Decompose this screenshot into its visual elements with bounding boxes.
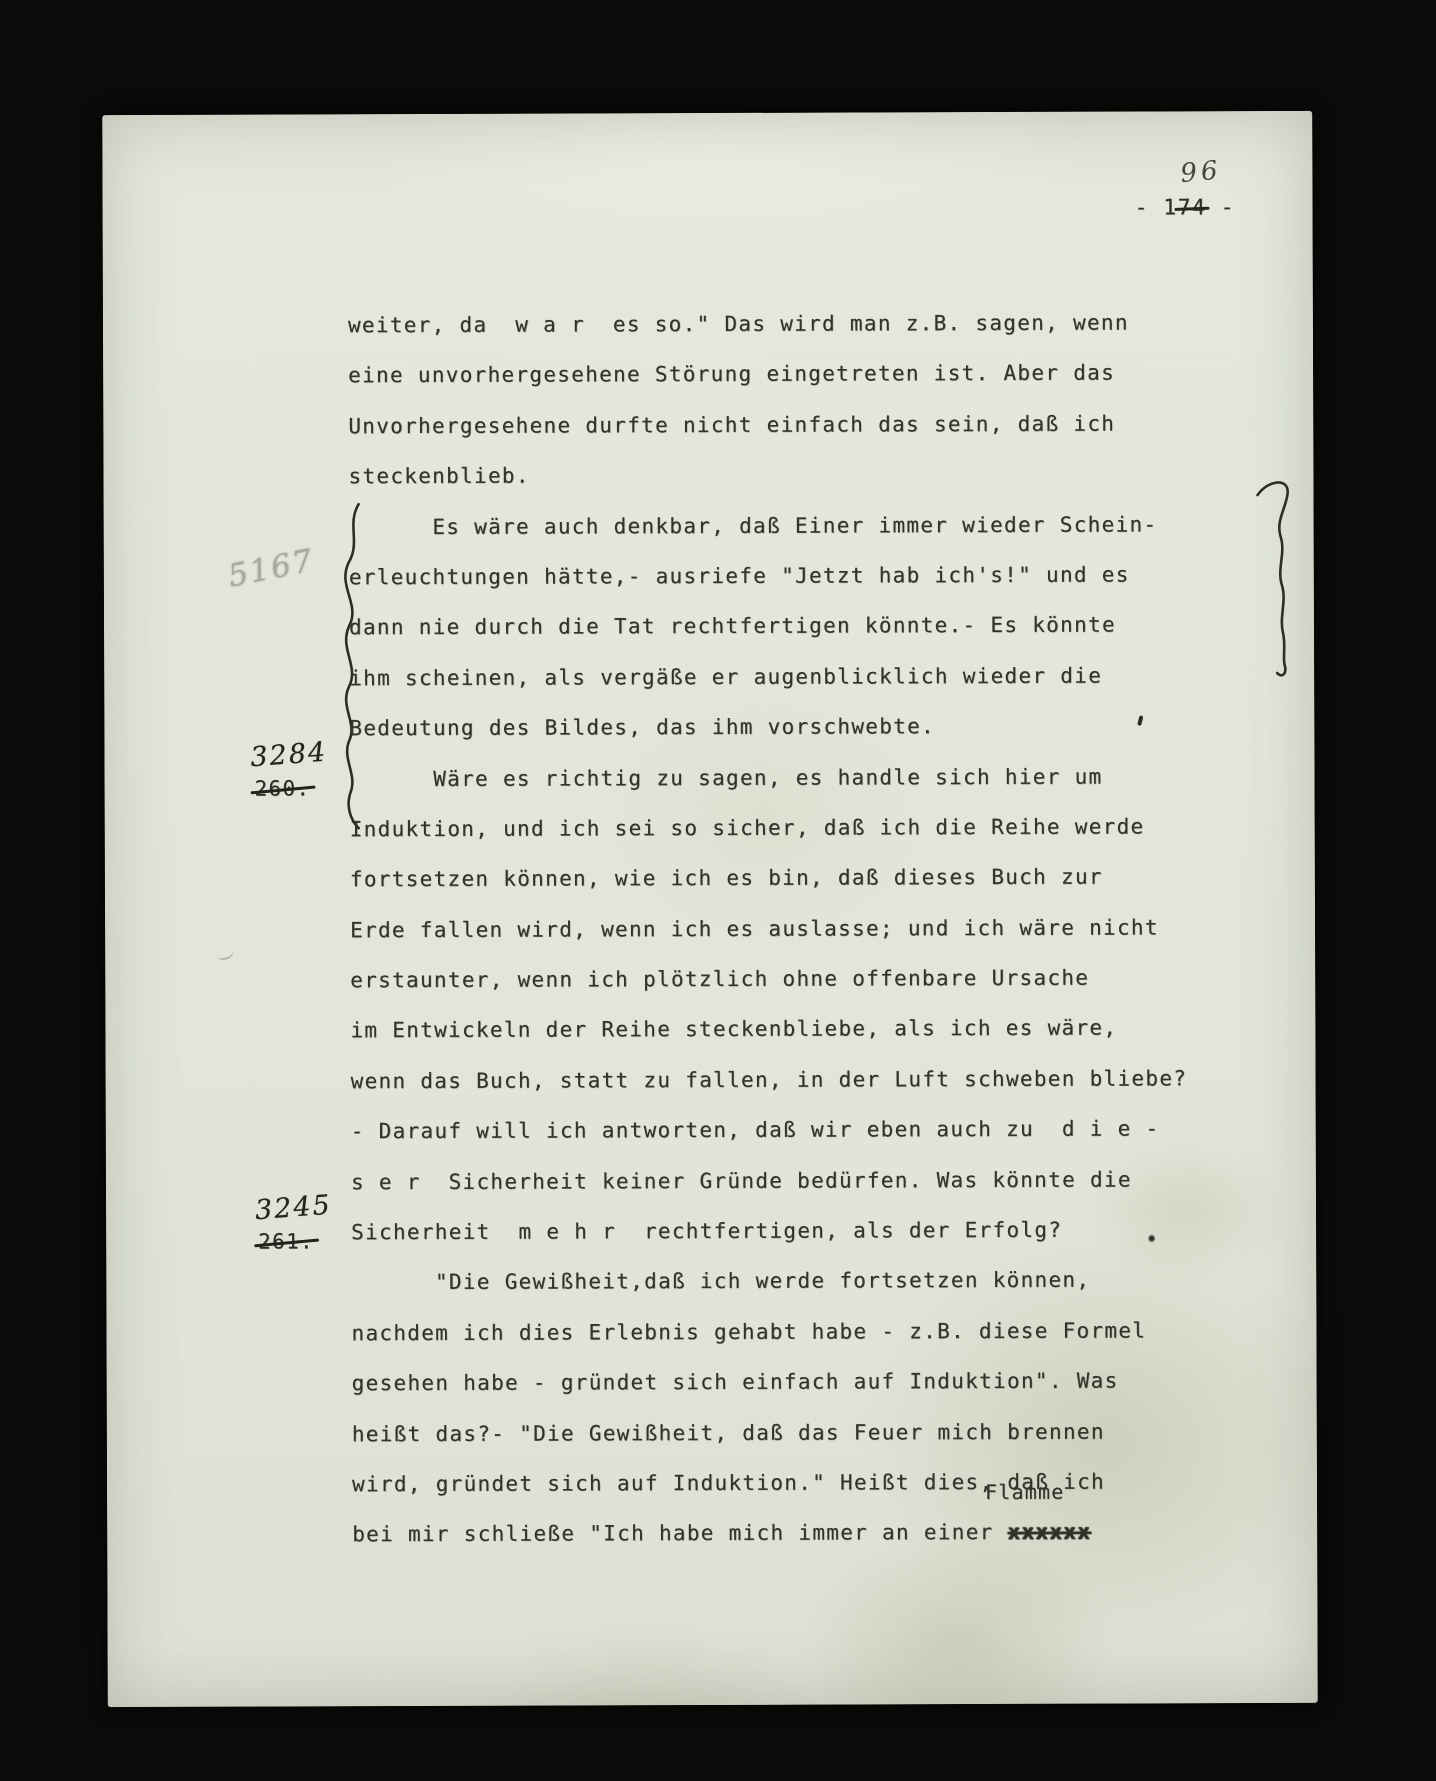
typed-insertion-word: Flamme <box>985 1480 1065 1504</box>
typescript-line: Erde fallen wird, wenn ich es auslasse; … <box>350 902 1187 955</box>
typescript-line: s e r Sicherheit keiner Gründe bedürfen.… <box>351 1154 1188 1207</box>
typescript-line: erleuchtungen hätte,- ausriefe "Jetzt ha… <box>349 549 1186 602</box>
pencil-mark <box>216 946 235 961</box>
typescript-line: dann nie durch die Tat rechtfertigen kön… <box>349 600 1186 653</box>
typed-page-number-suffix: - <box>1206 195 1235 220</box>
typescript-line: "Die Gewißheit,daß ich werde fortsetzen … <box>351 1255 1188 1308</box>
remark-number-1-typed-struck: 260. <box>255 776 311 800</box>
manuscript-page: 96 - 174 - 5167 3284 260. 3245 261. weit… <box>102 111 1318 1707</box>
typescript-line: Unvorhergesehene durfte nicht einfach da… <box>348 398 1185 451</box>
typescript-line: ihm scheinen, als vergäße er augenblickl… <box>349 650 1186 703</box>
remark-number-2-typed: 261. <box>258 1229 314 1253</box>
typescript-line: heißt das?- "Die Gewißheit, daß das Feue… <box>352 1406 1189 1459</box>
typed-page-number: - 174 - <box>1135 195 1236 220</box>
typescript-line: erstaunter, wenn ich plötzlich ohne offe… <box>350 952 1187 1005</box>
typescript-line: Induktion, und ich sei so sicher, daß ic… <box>350 801 1187 854</box>
typed-page-number-struck: 74 <box>1178 195 1207 220</box>
typescript-lines: weiter, da w a r es so." Das wird man z.… <box>348 297 1189 1560</box>
typescript-line: eine unvorhergesehene Störung eingetrete… <box>348 348 1185 401</box>
typescript-line: wenn das Buch, statt zu fallen, in der L… <box>351 1053 1188 1106</box>
typescript-line: steckenblieb. <box>348 449 1185 502</box>
pencil-margin-number: 5167 <box>225 542 317 594</box>
typescript-line: - Darauf will ich antworten, daß wir ebe… <box>351 1104 1188 1157</box>
typescript-line: Wäre es richtig zu sagen, es handle sich… <box>349 751 1186 804</box>
remark-number-1-handwritten: 3284 <box>249 737 328 774</box>
remark-number-1-typed: 260. <box>255 776 311 800</box>
typescript-line: nachdem ich dies Erlebnis gehabt habe - … <box>351 1305 1188 1358</box>
typescript-line: bei mir schließe "Ich habe mich immer an… <box>352 1507 1189 1560</box>
typescript-line: im Entwickeln der Reihe steckenbliebe, a… <box>350 1003 1187 1056</box>
typescript-line: gesehen habe - gründet sich einfach auf … <box>352 1356 1189 1409</box>
typescript-line: Sicherheit m e h r rechtfertigen, als de… <box>351 1204 1188 1257</box>
typescript-line: weiter, da w a r es so." Das wird man z.… <box>348 297 1185 350</box>
typescript-line: fortsetzen können, wie ich es bin, daß d… <box>350 852 1187 905</box>
overtyped-deleted-word: xxxxxx <box>1007 1520 1091 1544</box>
scan-background: { "page": { "kind": "typewritten manuscr… <box>0 0 1436 1781</box>
typescript-line: Es wäre auch denkbar, daß Einer immer wi… <box>349 499 1186 552</box>
remark-number-2-handwritten: 3245 <box>254 1190 333 1227</box>
right-margin-brace-mark <box>1249 475 1312 690</box>
typescript-line: Bedeutung des Bildes, das ihm vorschwebt… <box>349 700 1186 753</box>
handwritten-page-number: 96 <box>1179 155 1223 189</box>
remark-number-2-typed-struck: 261. <box>258 1229 314 1253</box>
typed-page-number-prefix: - 1 <box>1135 195 1178 220</box>
